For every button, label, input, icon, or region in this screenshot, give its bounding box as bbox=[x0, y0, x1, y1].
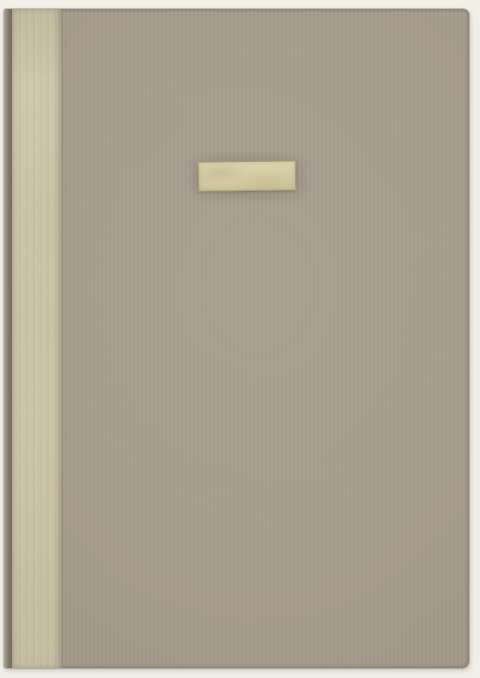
cloth-cover bbox=[62, 9, 469, 668]
book bbox=[4, 9, 469, 668]
scan-background bbox=[0, 0, 480, 678]
cloth-rib-texture bbox=[62, 9, 469, 668]
vellum-spine bbox=[12, 9, 62, 668]
title-label bbox=[198, 160, 296, 191]
book-fore-edge-strip bbox=[4, 9, 12, 668]
